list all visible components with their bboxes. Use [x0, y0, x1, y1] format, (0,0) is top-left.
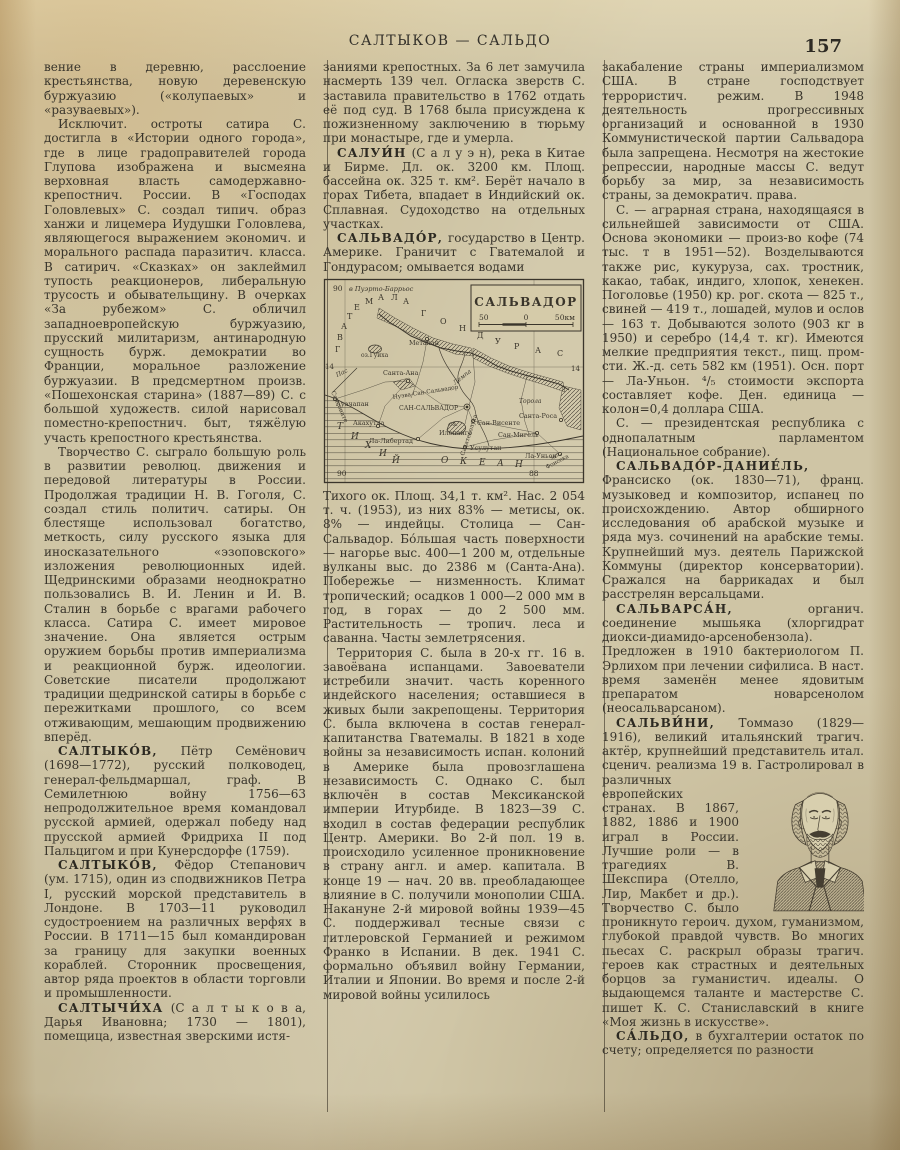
map-label: Ла-Либертад	[369, 437, 413, 445]
encyclopedia-page: САЛТЫКОВ — САЛЬДО 157 вение в деревню, р…	[0, 0, 900, 1150]
map-label: Г	[335, 345, 340, 354]
map-label: 14	[325, 363, 334, 371]
map-label: Х	[364, 441, 372, 451]
map-label: Торола	[519, 398, 542, 405]
map-label: Акахутла	[353, 419, 385, 427]
map-label: О	[440, 317, 447, 326]
el-salvador-map: 90в Пуэрто-БаррьосСАЛЬВАДОР50050кмГВАТЕМ…	[323, 278, 585, 484]
paragraph: Исключит. остроты сатира С. достигла в «…	[44, 117, 306, 445]
map-label: Д	[477, 331, 484, 340]
text-columns: вение в деревню, расслоение крестьянства…	[44, 60, 864, 1116]
map-label: в Пуэрто-Баррьос	[349, 285, 414, 293]
map-label: К	[459, 457, 468, 467]
map-label: Усулутан	[470, 444, 501, 452]
salvini-portrait-engraving	[746, 775, 864, 913]
entry-paragraph: САЛЬВАДО́Р-ДАНИЕ́ЛЬ, Франсиско (ок. 1830…	[602, 459, 864, 602]
page-header-title: САЛТЫКОВ — САЛЬДО	[0, 33, 900, 49]
map-label: А	[496, 459, 504, 469]
paragraph: вение в деревню, расслоение крестьянства…	[44, 60, 306, 117]
map-label: Г	[421, 309, 426, 318]
map-label: И	[350, 432, 359, 442]
map-label: Сан-Мигель	[498, 431, 539, 439]
paragraph: заниями крепостных. За 6 лет замучила на…	[323, 60, 585, 146]
entry-paragraph: САЛТЫЧИ́ХА (С а л т ы к о в а, Дарья Ива…	[44, 1001, 306, 1044]
map-label: Р	[514, 342, 520, 351]
map-label: У	[495, 337, 501, 346]
map-label: 50	[479, 313, 489, 322]
column-1: вение в деревню, расслоение крестьянства…	[44, 60, 306, 1116]
map-label: Санта-Роса	[519, 412, 557, 420]
map-label: А	[378, 293, 384, 302]
map-label: Метапан	[409, 339, 439, 347]
page-number: 157	[804, 36, 842, 57]
entry-headword: САЛТЫЧИ́ХА	[58, 1001, 163, 1015]
paragraph: С. — президентская республика с однопала…	[602, 416, 864, 459]
map-label: А	[535, 346, 541, 355]
paragraph: Творчество С. сыграло большую роль в раз…	[44, 445, 306, 744]
map-label: Н	[514, 460, 523, 470]
map-label: Л	[391, 293, 398, 302]
map-label: Е	[478, 458, 486, 468]
paragraph: закабаление страны империализмом США. В …	[602, 60, 864, 203]
column-2: заниями крепостных. За 6 лет замучила на…	[323, 60, 585, 1116]
map-of-el-salvador: 90в Пуэрто-БаррьосСАЛЬВАДОР50050кмГВАТЕМ…	[323, 278, 585, 484]
map-label: Санта-Ана	[383, 369, 419, 377]
map-label: 50км	[555, 313, 575, 322]
entry-headword: САЛУИ́Н	[337, 146, 407, 160]
map-label: 90	[337, 469, 347, 478]
map-label: Сан-Висенте	[477, 419, 520, 427]
map-label: В	[337, 333, 343, 342]
map-label: Е	[354, 303, 360, 312]
entry-headword: САЛТЫКО́В,	[58, 858, 158, 872]
paragraph: Тихого ок. Площ. 34,1 т. км². Нас. 2 054…	[323, 489, 585, 646]
entry-headword: САЛЬВИ́НИ,	[616, 716, 715, 730]
map-label: Й	[391, 454, 400, 466]
map-label: А	[403, 297, 409, 306]
map-label: 0	[524, 313, 529, 322]
entry-paragraph: САЛУИ́Н (С а л у э н), река в Китае и Би…	[323, 146, 585, 232]
column-3: закабаление страны империализмом США. В …	[602, 60, 864, 1116]
map-label: САН-САЛЬВАДОР	[399, 405, 458, 412]
map-label: И	[378, 449, 387, 459]
entry-paragraph: САЛЬВАДО́Р, государство в Центр. Америке…	[323, 231, 585, 274]
map-label: С	[557, 349, 563, 358]
map-label: оз.Гуиха	[361, 352, 389, 359]
map-label: 90	[333, 284, 343, 293]
entry-paragraph: САЛТЫКО́В, Фёдор Степанович (ум. 1715), …	[44, 858, 306, 1001]
entry-headword: СА́ЛЬДО,	[616, 1029, 690, 1043]
entry-headword: САЛЬВАДО́Р,	[337, 231, 443, 245]
map-label: Н	[459, 324, 466, 333]
map-label: САЛЬВАДОР	[474, 295, 577, 309]
entry-headword: САЛЬВАДО́Р-ДАНИЕ́ЛЬ,	[616, 459, 809, 473]
map-label: О	[441, 456, 449, 466]
entry-paragraph: САЛТЫКО́В, Пётр Семёнович (1698—1772), р…	[44, 744, 306, 858]
entry-paragraph: СА́ЛЬДО, в бухгалтерии остаток по счету;…	[602, 1029, 864, 1058]
map-label: А	[341, 322, 347, 331]
paragraph: Территория С. была в 20-х гг. 16 в. заво…	[323, 646, 585, 1002]
map-label: 88	[529, 469, 539, 478]
entry-paragraph: САЛЬВАРСА́Н, органич. соединение мышьяка…	[602, 602, 864, 716]
entry-headword: САЛЬВАРСА́Н,	[616, 602, 733, 616]
map-label: оз.	[449, 421, 458, 428]
map-label: Т	[347, 312, 353, 321]
entry-salvini: САЛЬВИ́НИ, Томмазо (1829— 1916), великий…	[602, 716, 864, 1030]
map-label: М	[365, 297, 373, 306]
map-label: 14	[571, 365, 580, 373]
map-label: Пас	[334, 367, 349, 379]
paragraph: С. — аграрная страна, находящаяся в силь…	[602, 203, 864, 417]
portrait-drawing	[760, 775, 864, 913]
entry-headword: САЛТЫКО́В,	[58, 744, 158, 758]
map-label: Т	[337, 422, 344, 432]
